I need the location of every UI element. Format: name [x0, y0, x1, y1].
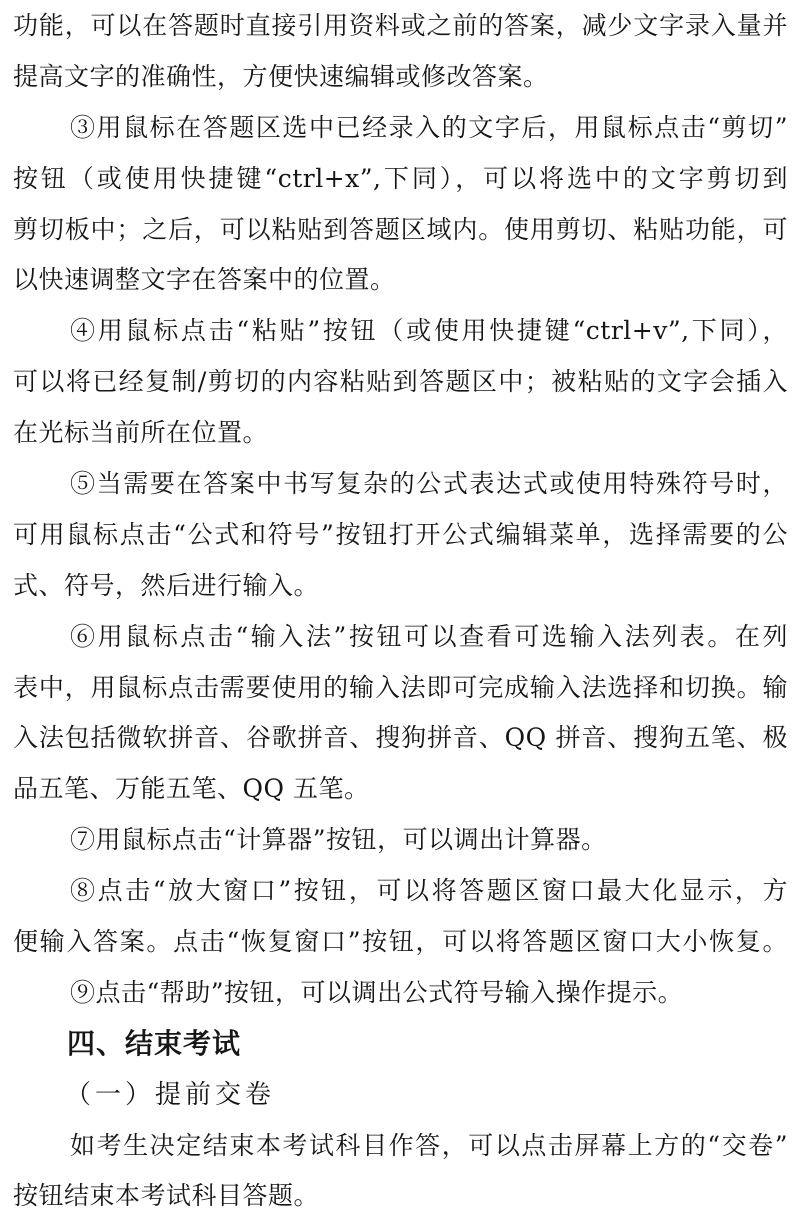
paragraph: ⑦用鼠标点击“计算器”按钮，可以调出计算器。: [13, 815, 788, 866]
text-line: ③用鼠标在答题区选中已经录入的文字后，用鼠标点击“剪切”: [13, 103, 788, 154]
paragraph: 如考生决定结束本考试科目作答，可以点击屏幕上方的“交卷”按钮结束本考试科目答题。: [13, 1121, 788, 1223]
paragraph: ⑥用鼠标点击“输入法”按钮可以查看可选输入法列表。在列表中，用鼠标点击需要使用的…: [13, 612, 788, 816]
text-line: 提高文字的准确性，方便快速编辑或修改答案。: [13, 52, 788, 103]
text-line: 按钮（或使用快捷键“ctrl+x”,下同），可以将选中的文字剪切到: [13, 154, 788, 205]
text-line: 表中，用鼠标点击需要使用的输入法即可完成输入法选择和切换。输: [13, 663, 788, 714]
text-line: 可以将已经复制/剪切的内容粘贴到答题区中；被粘贴的文字会插入: [13, 357, 788, 408]
text-line: 在光标当前所在位置。: [13, 408, 788, 459]
text-line: 式、符号，然后进行输入。: [13, 561, 788, 612]
paragraph: ③用鼠标在答题区选中已经录入的文字后，用鼠标点击“剪切”按钮（或使用快捷键“ct…: [13, 103, 788, 307]
section-heading: 四、结束考试: [13, 1019, 788, 1070]
text-line: ⑧点击“放大窗口”按钮，可以将答题区窗口最大化显示，方: [13, 866, 788, 917]
paragraph: 功能，可以在答题时直接引用资料或之前的答案，减少文字录入量并提高文字的准确性，方…: [13, 1, 788, 103]
text-line: 功能，可以在答题时直接引用资料或之前的答案，减少文字录入量并: [13, 1, 788, 52]
document-page: 功能，可以在答题时直接引用资料或之前的答案，减少文字录入量并提高文字的准确性，方…: [0, 0, 800, 1223]
text-line: ⑥用鼠标点击“输入法”按钮可以查看可选输入法列表。在列: [13, 612, 788, 663]
paragraph: ⑧点击“放大窗口”按钮，可以将答题区窗口最大化显示，方便输入答案。点击“恢复窗口…: [13, 866, 788, 968]
text-line: ⑤当需要在答案中书写复杂的公式表达式或使用特殊符号时，: [13, 459, 788, 510]
text-line: 入法包括微软拼音、谷歌拼音、搜狗拼音、QQ 拼音、搜狗五笔、极: [13, 713, 788, 764]
paragraph: ④用鼠标点击“粘贴”按钮（或使用快捷键“ctrl+v”,下同），可以将已经复制/…: [13, 306, 788, 459]
subsection-heading: （一）提前交卷: [13, 1070, 788, 1121]
text-line: 如考生决定结束本考试科目作答，可以点击屏幕上方的“交卷”: [13, 1121, 788, 1172]
text-line: （一）提前交卷: [13, 1070, 788, 1121]
text-line: 便输入答案。点击“恢复窗口”按钮，可以将答题区窗口大小恢复。: [13, 917, 788, 968]
text-line: 可用鼠标点击“公式和符号”按钮打开公式编辑菜单，选择需要的公: [13, 510, 788, 561]
text-line: ④用鼠标点击“粘贴”按钮（或使用快捷键“ctrl+v”,下同），: [13, 306, 788, 357]
text-line: 剪切板中；之后，可以粘贴到答题区域内。使用剪切、粘贴功能，可: [13, 205, 788, 256]
text-line: 品五笔、万能五笔、QQ 五笔。: [13, 764, 788, 815]
text-line: 以快速调整文字在答案中的位置。: [13, 255, 788, 306]
text-line: ⑦用鼠标点击“计算器”按钮，可以调出计算器。: [13, 815, 788, 866]
paragraph: ⑤当需要在答案中书写复杂的公式表达式或使用特殊符号时，可用鼠标点击“公式和符号”…: [13, 459, 788, 612]
text-line: 按钮结束本考试科目答题。: [13, 1171, 788, 1222]
paragraph: ⑨点击“帮助”按钮，可以调出公式符号输入操作提示。: [13, 968, 788, 1019]
text-line: ⑨点击“帮助”按钮，可以调出公式符号输入操作提示。: [13, 968, 788, 1019]
text-line: 四、结束考试: [13, 1019, 788, 1070]
